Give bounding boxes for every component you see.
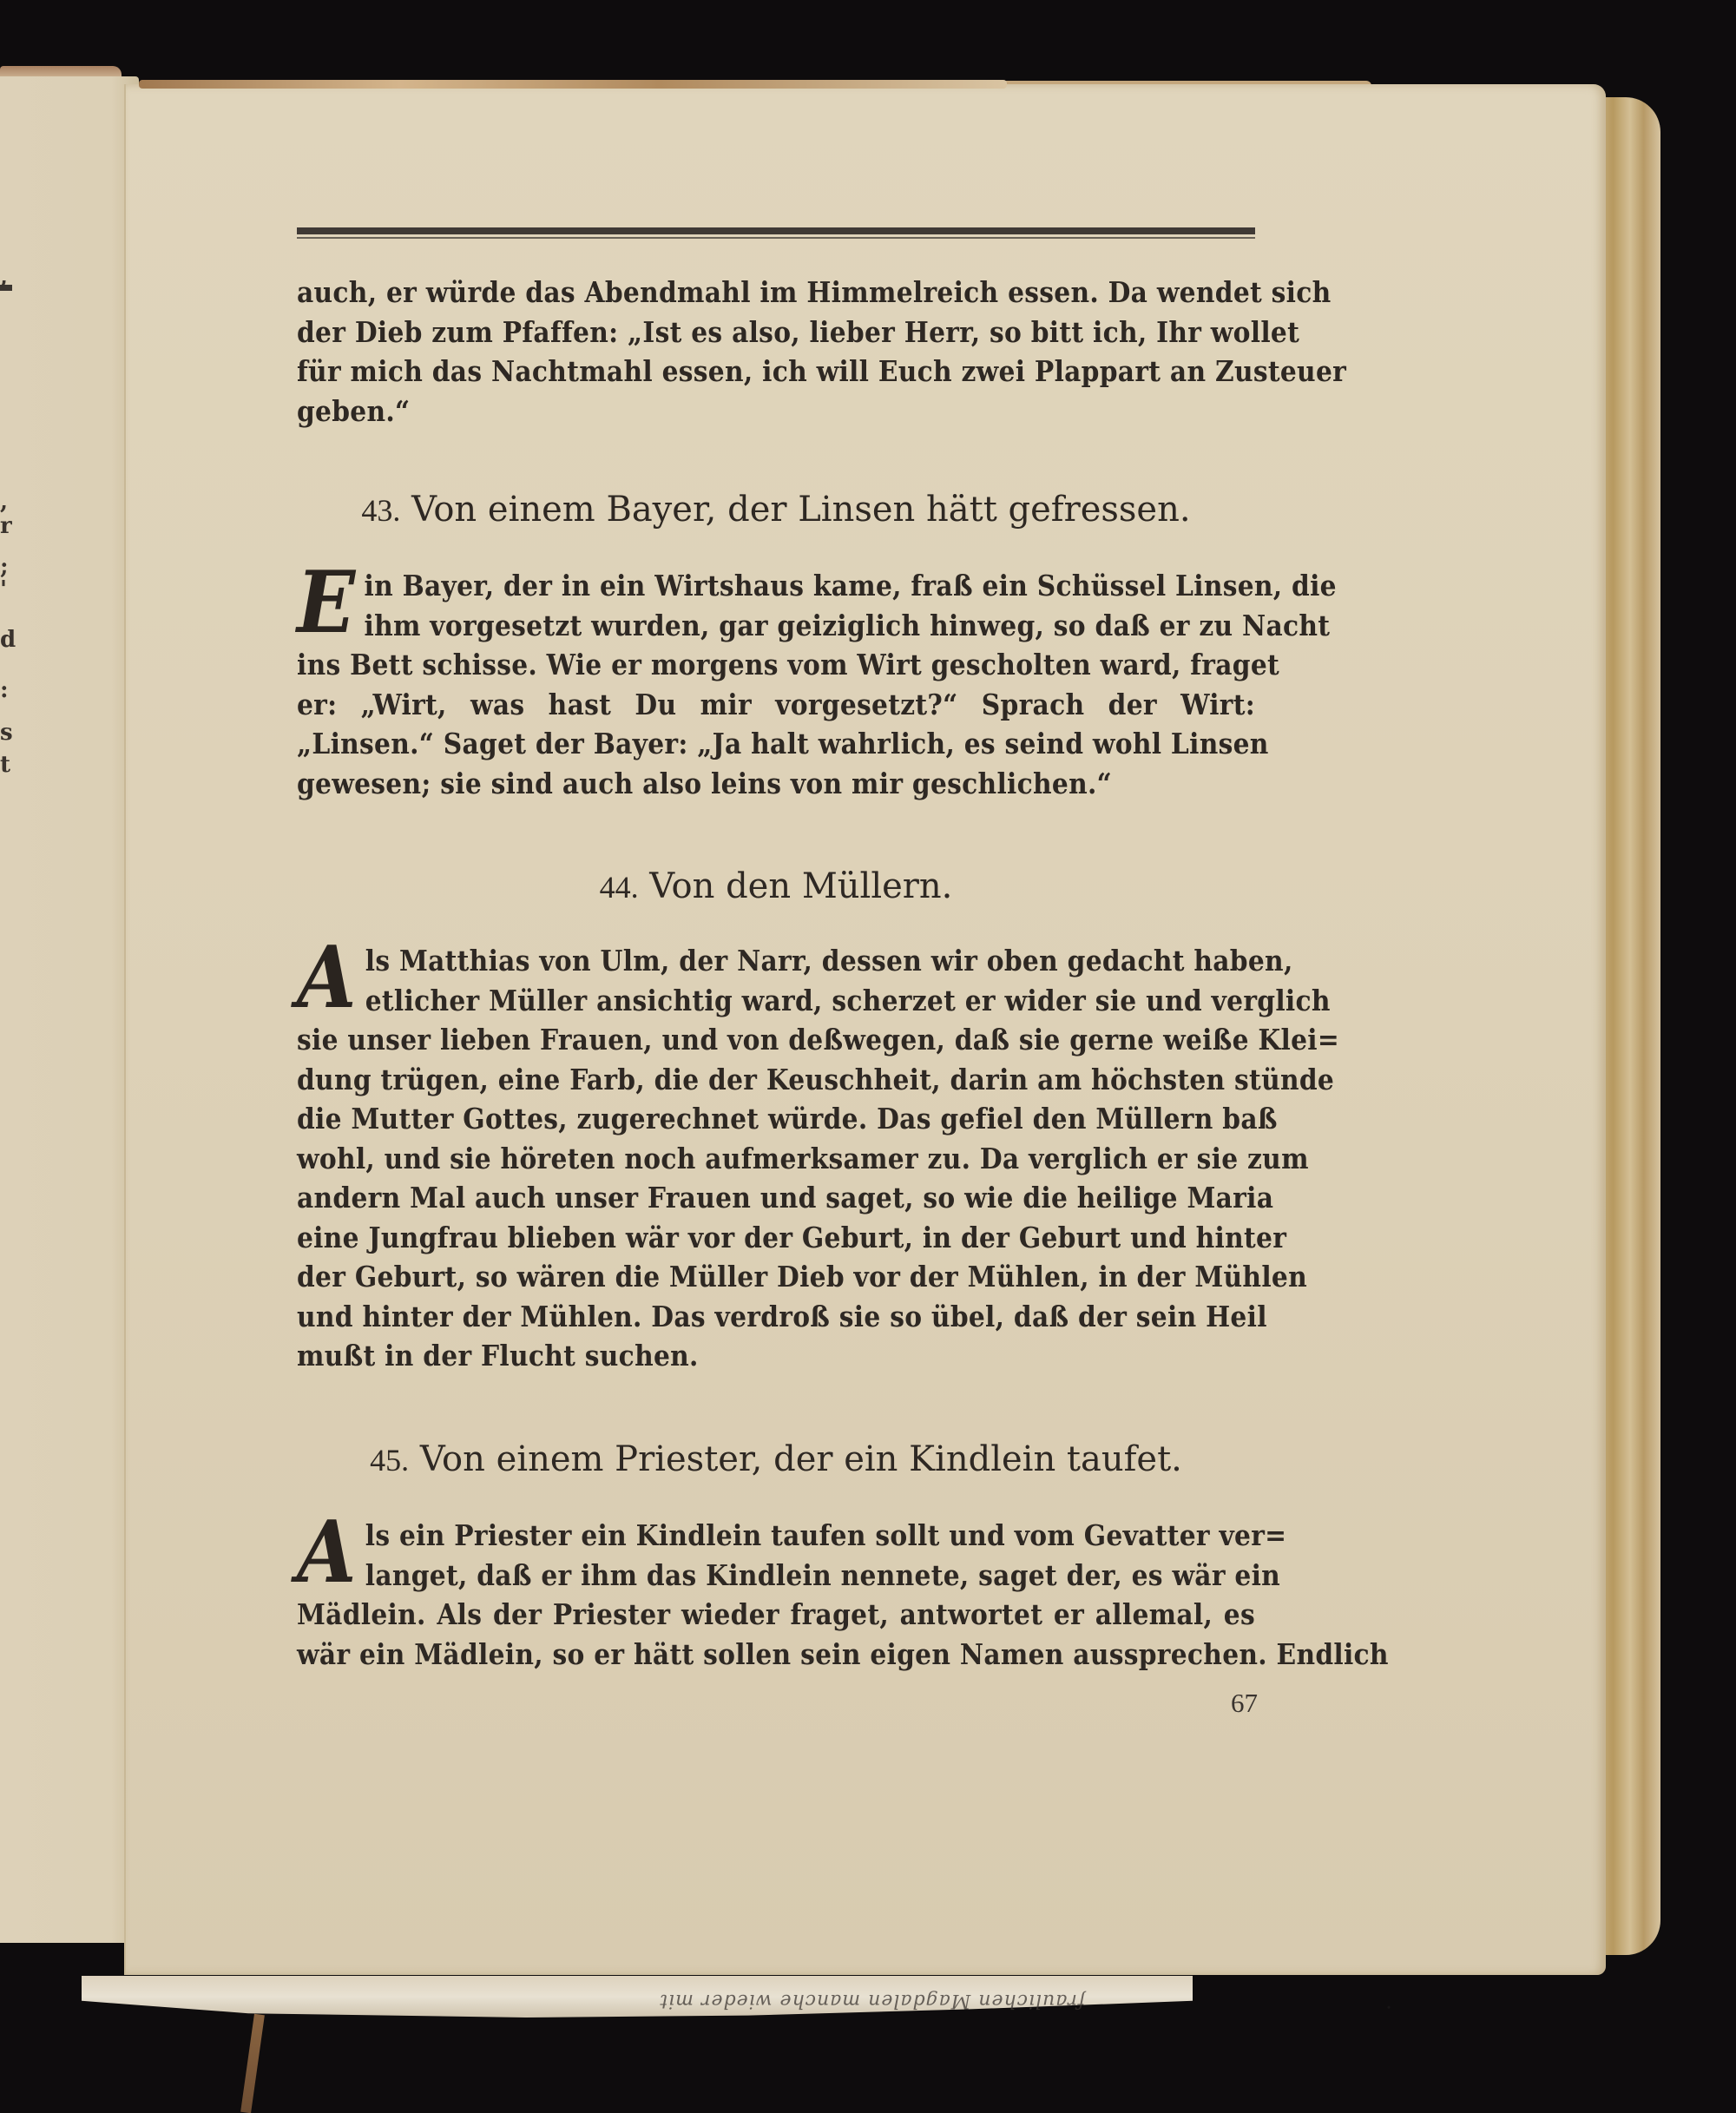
text-line: der Geburt, so wären die Müller Dieb vor… [297, 1257, 1255, 1297]
text-line: auch, er würde das Abendmahl im Himmelre… [297, 273, 1255, 313]
text-line: ls ein Priester ein Kindlein taufen soll… [297, 1516, 1255, 1556]
section-title: Von den Müllern. [649, 866, 952, 906]
section-44-paragraph: A ls Matthias von Ulm, der Narr, dessen … [297, 941, 1255, 1376]
text-line: dung trügen, eine Farb, die der Keuschhe… [297, 1060, 1255, 1100]
page-top-damage [139, 80, 1007, 89]
text-line: für mich das Nachtmahl essen, ich will E… [297, 352, 1255, 392]
text-line: ihm vorgesetzt wurden, gar geiziglich hi… [297, 606, 1255, 646]
left-page-fragment: s [0, 721, 13, 744]
text-line: und hinter der Mühlen. Das verdroß sie s… [297, 1297, 1255, 1337]
text-line: der Dieb zum Pfaffen: „Ist es also, lieb… [297, 313, 1255, 352]
text-line: wohl, und sie höreten noch aufmerksamer … [297, 1139, 1255, 1179]
section-number: 45. [370, 1443, 409, 1478]
page-number: 67 [1231, 1688, 1258, 1719]
text-line: „Linsen.“ Saget der Bayer: „Ja halt wahr… [297, 724, 1255, 764]
header-rule [297, 227, 1255, 239]
left-page-fragment: d [0, 629, 16, 651]
left-page-fragment: ; [0, 556, 9, 578]
text-line: langet, daß er ihm das Kindlein nennete,… [297, 1556, 1255, 1596]
section-number: 43. [361, 493, 400, 528]
text-line: in Bayer, der in ein Wirtshaus kame, fra… [297, 566, 1255, 606]
text-line: andern Mal auch unser Frauen und saget, … [297, 1178, 1255, 1218]
section-43-paragraph: E in Bayer, der in ein Wirtshaus kame, f… [297, 566, 1255, 803]
continuation-paragraph: auch, er würde das Abendmahl im Himmelre… [297, 273, 1255, 431]
left-page-fragment: : [0, 679, 9, 701]
text-line: mußt in der Flucht suchen. [297, 1336, 1255, 1376]
text-line: geben.“ [297, 392, 1255, 431]
left-page-fragment: r [0, 515, 12, 537]
text-line: ls Matthias von Ulm, der Narr, dessen wi… [297, 941, 1255, 981]
text-line: die Mutter Gottes, zugerechnet würde. Da… [297, 1099, 1255, 1139]
binding-strip-text: fraulichen Magdalen manche wieder mit [477, 1991, 1085, 2011]
drop-cap: E [297, 568, 355, 639]
section-title: Von einem Priester, der ein Kindlein tau… [420, 1439, 1182, 1479]
text-line: wär ein Mädlein, so er hätt sollen sein … [297, 1635, 1255, 1675]
text-line: ins Bett schisse. Wie er morgens vom Wir… [297, 645, 1255, 685]
text-line: er: „Wirt, was hast Du mir vorgesetzt?“ … [297, 685, 1255, 725]
text-line: Mädlein. Als der Priester wieder fraget,… [297, 1595, 1255, 1635]
section-45-paragraph: A ls ein Priester ein Kindlein taufen so… [297, 1516, 1255, 1674]
left-page-fragment: , [0, 266, 8, 288]
section-title: Von einem Bayer, der Linsen hätt gefress… [411, 490, 1190, 530]
section-number: 44. [600, 870, 639, 905]
left-page-fragment: , [0, 490, 8, 513]
text-line: eine Jungfrau blieben wär vor der Geburt… [297, 1218, 1255, 1258]
drop-cap: A [297, 943, 357, 1014]
left-page-fragment: t [0, 754, 10, 776]
text-line: sie unser lieben Frauen, und von deßwege… [297, 1020, 1255, 1060]
left-facing-page: , , r ; ' d : s t [0, 76, 139, 1943]
section-heading-44: 44. Von den Müllern. [297, 865, 1255, 909]
section-heading-43: 43. Von einem Bayer, der Linsen hätt gef… [297, 488, 1255, 532]
section-heading-45: 45. Von einem Priester, der ein Kindlein… [297, 1438, 1255, 1482]
drop-cap: A [297, 1517, 357, 1589]
text-line: etlicher Müller ansichtig ward, scherzet… [297, 981, 1255, 1021]
text-line: gewesen; sie sind auch also leins von mi… [297, 764, 1255, 804]
left-page-fragment: ' [0, 578, 7, 601]
